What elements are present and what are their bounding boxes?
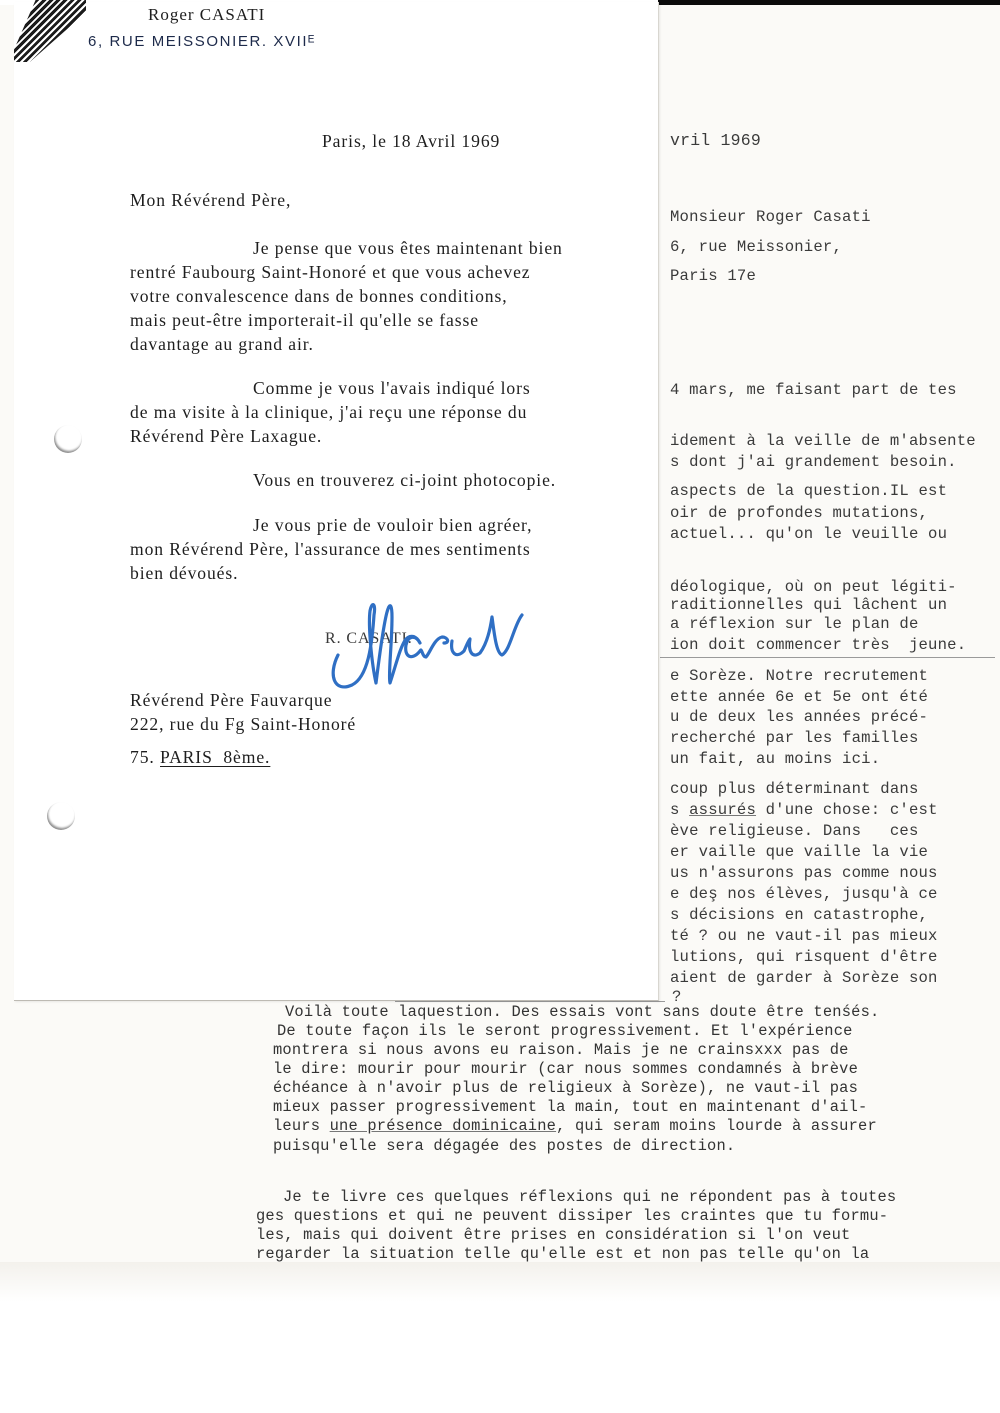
typed-fragment: d'une chose: c'est <box>756 801 938 819</box>
punch-hole-bottom <box>47 802 75 830</box>
body-line: votre convalescence dans de bonnes condi… <box>130 286 508 307</box>
typed-line: coup plus déterminant dans <box>670 780 919 798</box>
typed-line: idement à la veille de m'absente <box>670 432 976 450</box>
typed-line: mieux passer progressivement la main, to… <box>273 1098 867 1116</box>
typed-fragment: s <box>670 801 689 819</box>
typed-line: Je te livre ces quelques réflexions qui … <box>283 1188 896 1206</box>
typed-line: er vaille que vaille la vie <box>670 843 928 861</box>
body-line: de ma visite à la clinique, j'ai reçu un… <box>130 402 527 423</box>
recipient-city: 75. PARIS 8ème. <box>130 747 270 768</box>
body-line: mais peut-être importerait-il qu'elle se… <box>130 310 479 331</box>
typed-line: e Sorèze. Notre recrutement <box>670 667 928 685</box>
typed-line: déologique, où on peut légiti- <box>670 578 957 596</box>
typed-line: 4 mars, me faisant part de tes <box>670 381 957 399</box>
typed-line: oir de profondes mutations, <box>670 504 928 522</box>
body-line: Je pense que vous êtes maintenant bien <box>253 238 563 259</box>
typed-line: De toute façon ils le seront progressive… <box>277 1022 853 1040</box>
typed-line: les, mais qui doivent être prises en con… <box>256 1226 850 1244</box>
typed-line: leurs une présence dominicaine, qui sera… <box>273 1117 877 1135</box>
addressee-line: Monsieur Roger Casati <box>670 208 871 226</box>
salutation: Mon Révérend Père, <box>130 190 291 211</box>
typed-line: Voilà toute laquestion. Des essais vont … <box>285 1003 879 1021</box>
back-sheet-bottom-edge <box>0 1262 1000 1302</box>
typed-line: a réflexion sur le plan de <box>670 615 919 633</box>
punch-hole-top <box>54 425 82 453</box>
typed-line: raditionnelles qui lâchent un <box>670 596 947 614</box>
typed-line: regarder la situation telle qu'elle est … <box>256 1245 869 1263</box>
typed-line: ges questions et qui ne peuvent dissiper… <box>256 1207 888 1225</box>
body-line: davantage au grand air. <box>130 334 314 355</box>
typed-line: montrera si nous avons eu raison. Mais j… <box>273 1041 849 1059</box>
letterhead-address: 6, RUE MEISSONIER. XVIIᴱ <box>88 33 316 50</box>
body-line: bien dévoués. <box>130 563 238 584</box>
typed-line: aspects de la question.IL est <box>670 482 947 500</box>
typed-line: le dire: mourir pour mourir (car nous so… <box>273 1060 858 1078</box>
typed-fragment: , qui seram moins lourde à assurer <box>556 1117 877 1135</box>
typed-line: e deş nos élèves, jusqu'à ce <box>670 885 938 903</box>
recipient-street: 222, rue du Fg Saint-Honoré <box>130 714 356 735</box>
typed-line: ette année 6e et 5e ont été <box>670 688 928 706</box>
typed-line: us n'assurons pas comme nous <box>670 864 938 882</box>
typed-line: puisqu'elle sera dégagée des postes de d… <box>273 1137 735 1155</box>
typed-line: un fait, au moins ici. <box>670 750 880 768</box>
typed-line: recherché par les familles <box>670 729 919 747</box>
typed-line: ève religieuse. Dans ces <box>670 822 919 840</box>
body-line: Vous en trouverez ci-joint photocopie. <box>253 470 556 491</box>
postal-prefix: 75. <box>130 747 160 767</box>
typed-line: s dont j'ai grandement besoin. <box>670 453 957 471</box>
pencil-line-top <box>395 1001 665 1002</box>
typed-line: actuel... qu'on le veuille ou <box>670 525 947 543</box>
typed-line: aient de garder à Sorèze son <box>670 969 938 987</box>
addressee-line: 6, rue Meissonier, <box>670 238 842 256</box>
body-line: Comme je vous l'avais indiqué lors <box>253 378 531 399</box>
pencil-underline <box>660 657 995 658</box>
back-date-fragment: vril 1969 <box>670 132 761 150</box>
body-line: rentré Faubourg Saint-Honoré et que vous… <box>130 262 531 283</box>
underlined-word: assurés <box>689 801 756 819</box>
letterhead-name: Roger CASATI <box>148 5 265 25</box>
typed-line: u de deux les années précé- <box>670 708 928 726</box>
typed-line: ion doit commencer très jeune. <box>670 636 966 654</box>
handwritten-signature <box>326 595 576 695</box>
recipient-name: Révérend Père Fauvarque <box>130 690 332 711</box>
typed-line: s assurés d'une chose: c'est <box>670 801 938 819</box>
body-line: Révérend Père Laxague. <box>130 426 322 447</box>
typed-line: échéance à n'avoir plus de religieux à S… <box>273 1079 858 1097</box>
typed-line: té ? ou ne vaut-il pas mieux <box>670 927 938 945</box>
date-line: Paris, le 18 Avril 1969 <box>322 131 500 152</box>
city-underlined: PARIS 8ème. <box>160 747 270 767</box>
typed-line: lutions, qui risquent d'être <box>670 948 938 966</box>
body-line: mon Révérend Père, l'assurance de mes se… <box>130 539 531 560</box>
body-line: Je vous prie de vouloir bien agréer, <box>253 515 532 536</box>
typed-line: s décisions en catastrophe, <box>670 906 928 924</box>
underlined-phrase: une présence dominicaine <box>330 1117 556 1135</box>
addressee-line: Paris 17e <box>670 267 756 285</box>
typed-fragment: leurs <box>273 1117 330 1135</box>
